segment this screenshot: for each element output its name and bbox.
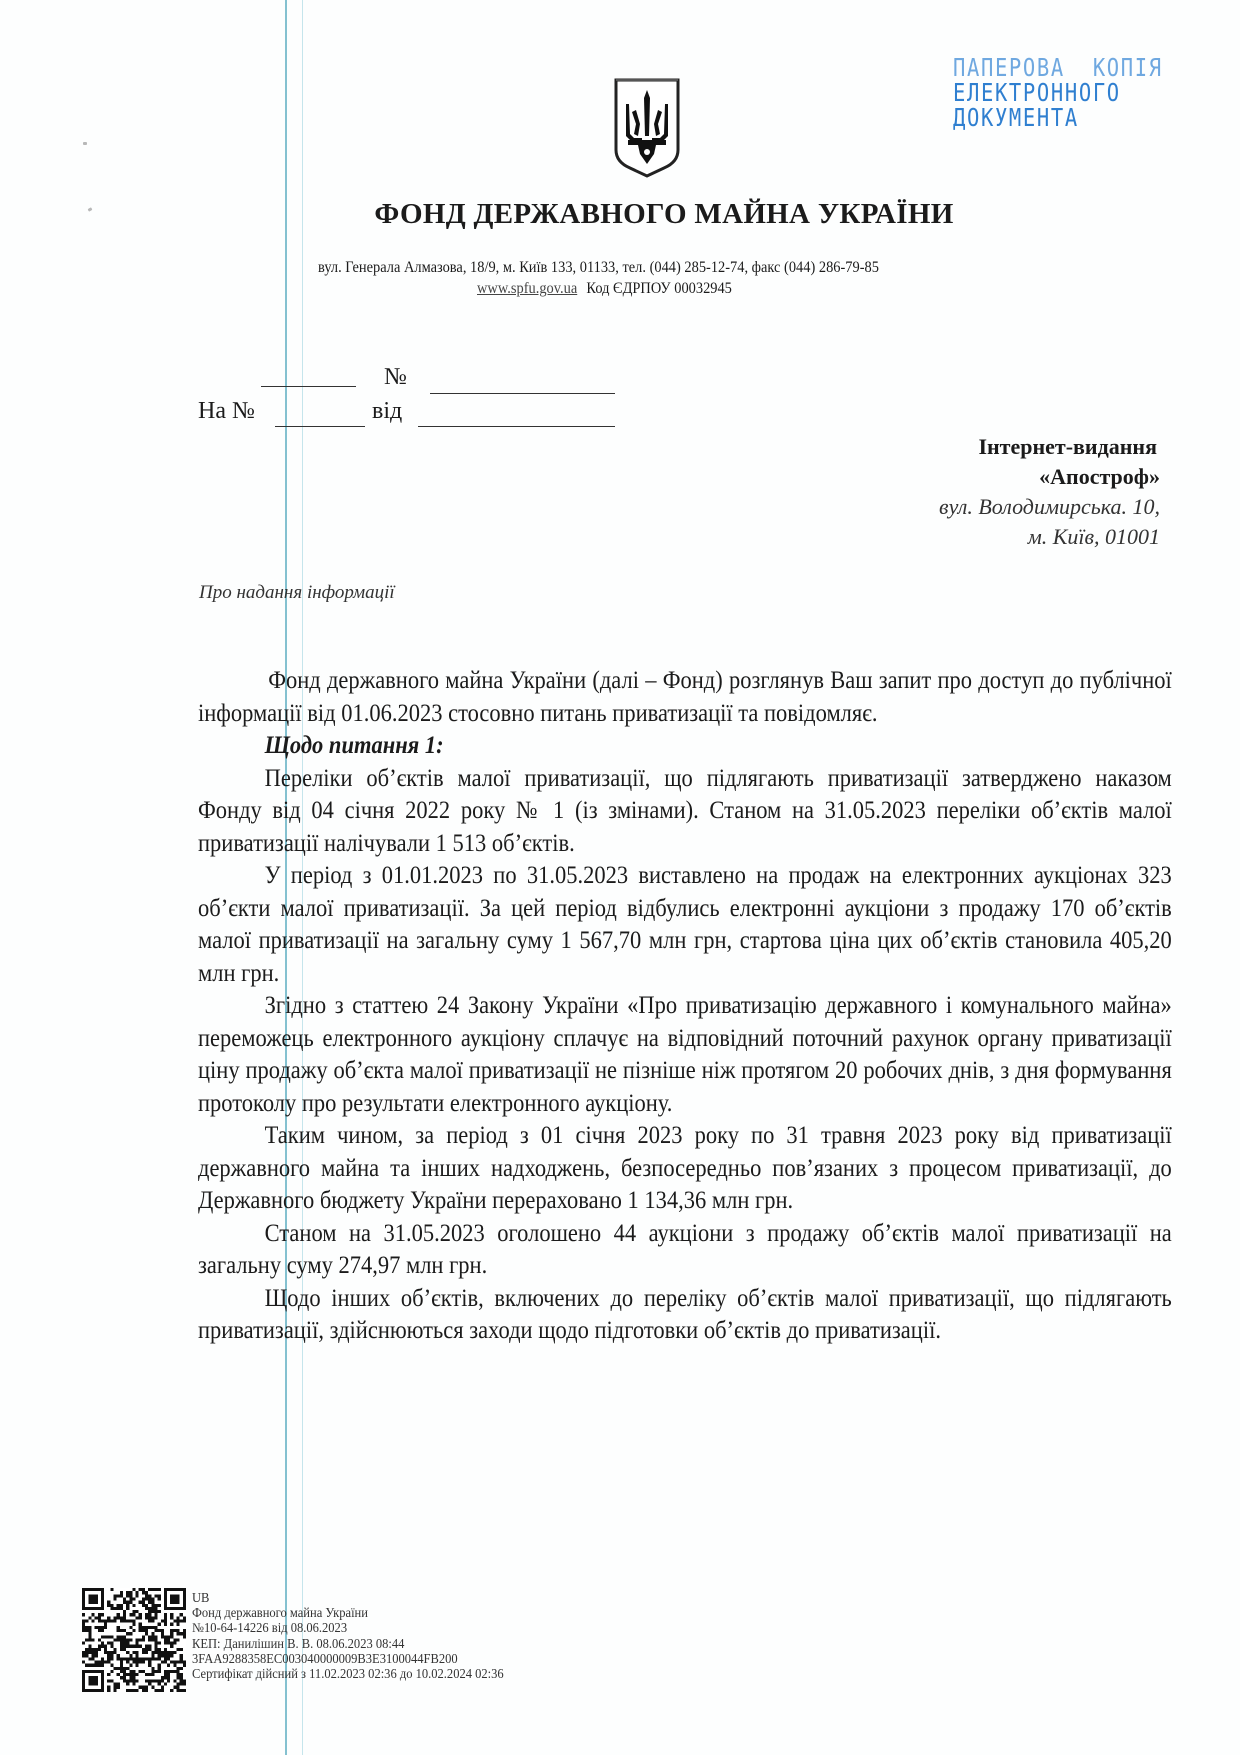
letter-subject: Про надання інформації [199,582,395,604]
from-label: від [372,398,402,425]
recipient-city: м. Київ, 01001 [939,522,1160,552]
reply-to-label: На № [198,398,255,425]
digital-signature-block: UB Фонд державного майна України №10-64-… [192,1590,504,1681]
recipient-block: Інтернет-видання «Апостроф» вул. Володим… [939,432,1160,552]
trident-coat-of-arms-icon [612,76,682,180]
organization-name: ФОНД ДЕРЖАВНОГО МАЙНА УКРАЇНИ [0,198,1240,231]
body-paragraph: Щодо інших об’єктів, включених до перелі… [198,1283,1172,1348]
signature-doc-number: №10-64-14226 від 08.06.2023 [192,1620,504,1635]
paper-copy-stamp: ПАПЕРОВА КОПІЯ ЕЛЕКТРОННОГО ДОКУМЕНТА [953,55,1163,130]
signature-line: UB [192,1590,504,1605]
organization-address: вул. Генерала Алмазова, 18/9, м. Київ 13… [318,259,879,277]
stamp-line: ПАПЕРОВА КОПІЯ [953,55,1163,80]
stamp-line: ДОКУМЕНТА [953,105,1163,130]
recipient-name: Інтернет-видання [939,432,1157,462]
edrpou-code: Код ЄДРПОУ 00032945 [586,280,731,297]
recipient-street: вул. Володимирська. 10, [939,492,1160,522]
reply-to-date-line [418,426,615,427]
signature-serial: 3FAA9288358EC003040000009B3E3100044FB200 [192,1651,504,1666]
signature-signer: КЕП: Данилішин В. В. 08.06.2023 08:44 [192,1636,504,1651]
stamp-line: ЕЛЕКТРОННОГО [953,80,1163,105]
body-paragraph: Таким чином, за період з 01 січня 2023 р… [198,1120,1172,1218]
number-label: № [384,364,407,391]
body-paragraph: Станом на 31.05.2023 оголошено 44 аукціо… [198,1218,1172,1283]
reply-to-number-line [275,426,365,427]
recipient-publication: «Апостроф» [939,462,1160,492]
scan-speck [83,142,87,145]
outgoing-number-line [430,393,615,394]
website-line: www.spfu.gov.ua Код ЄДРПОУ 00032945 [477,280,732,298]
qr-code-icon [82,1588,186,1692]
body-paragraph: У період з 01.01.2023 по 31.05.2023 вист… [198,860,1172,990]
body-paragraph: Переліки об’єктів малої приватизації, що… [198,763,1172,861]
body-paragraph: Згідно з статтею 24 Закону України «Про … [198,990,1172,1120]
signature-certificate: Сертифікат дійсний з 11.02.2023 02:36 до… [192,1666,504,1681]
website-link[interactable]: www.spfu.gov.ua [477,280,577,297]
signature-org: Фонд державного майна України [192,1605,504,1620]
letter-body: Фонд державного майна України (далі – Фо… [198,665,1172,1348]
intro-paragraph: Фонд державного майна України (далі – Фо… [198,665,1172,730]
question-heading: Щодо питання 1: [198,730,1172,763]
outgoing-date-line [261,386,356,387]
